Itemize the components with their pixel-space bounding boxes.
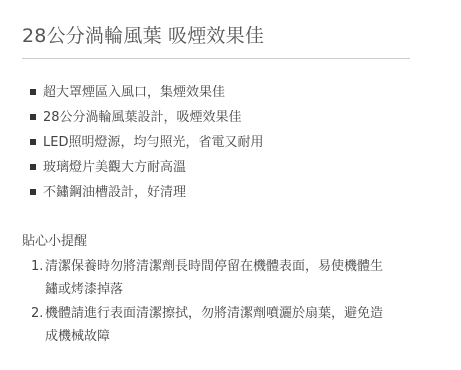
feature-item: 28公分渦輪風葉設計，吸煙效果佳 [0, 105, 263, 130]
tip-number: 1. [31, 255, 43, 278]
square-bullet-icon [30, 89, 36, 95]
tip-text: 清潔保養時勿將清潔劑長時間停留在機體表面，易使機體生鏽或烤漆掉落 [45, 259, 383, 297]
feature-item: 玻璃燈片美觀大方耐高溫 [0, 155, 263, 180]
feature-text: 不鏽鋼油槽設計，好清理 [43, 185, 186, 200]
title-divider [22, 58, 410, 59]
tip-number: 2. [31, 302, 43, 325]
feature-text: LED照明燈源，均勻照光，省電又耐用 [43, 135, 263, 150]
tip-item: 2. 機體請進行表面清潔擦拭，勿將清潔劑噴灑於扇葉，避免造成機械故障 [0, 302, 385, 348]
feature-item: 不鏽鋼油槽設計，好清理 [0, 180, 263, 205]
tip-text: 機體請進行表面清潔擦拭，勿將清潔劑噴灑於扇葉，避免造成機械故障 [45, 306, 383, 344]
feature-list: 超大罩煙區入風口，集煙效果佳 28公分渦輪風葉設計，吸煙效果佳 LED照明燈源，… [0, 80, 263, 205]
tips-heading: 貼心小提醒 [22, 233, 87, 251]
square-bullet-icon [30, 164, 36, 170]
feature-item: 超大罩煙區入風口，集煙效果佳 [0, 80, 263, 105]
square-bullet-icon [30, 139, 36, 145]
square-bullet-icon [30, 189, 36, 195]
page-title: 28公分渦輪風葉 吸煙效果佳 [22, 24, 264, 48]
feature-item: LED照明燈源，均勻照光，省電又耐用 [0, 130, 263, 155]
tip-item: 1. 清潔保養時勿將清潔劑長時間停留在機體表面，易使機體生鏽或烤漆掉落 [0, 255, 385, 301]
feature-text: 玻璃燈片美觀大方耐高溫 [43, 160, 186, 175]
feature-text: 超大罩煙區入風口，集煙效果佳 [43, 85, 225, 100]
tips-list: 1. 清潔保養時勿將清潔劑長時間停留在機體表面，易使機體生鏽或烤漆掉落 2. 機… [0, 255, 400, 349]
feature-text: 28公分渦輪風葉設計，吸煙效果佳 [43, 110, 242, 125]
square-bullet-icon [30, 114, 36, 120]
